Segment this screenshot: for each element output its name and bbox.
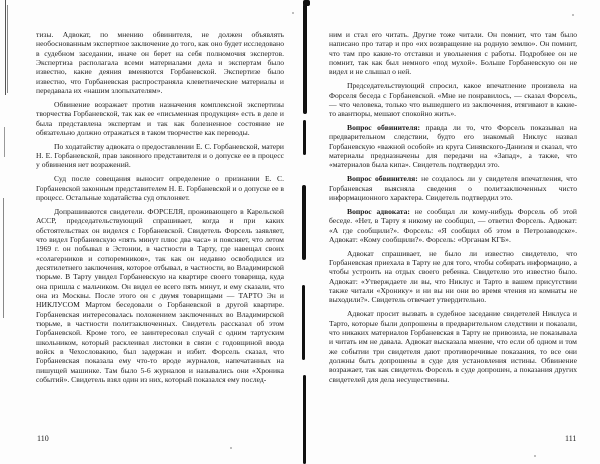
paragraph: Председательствующий спросил, какое впеч…: [329, 81, 577, 118]
paragraph: тизы. Адвокат, по мнению обвинителя, не …: [36, 30, 284, 95]
spine-shadow-segment: [302, 285, 305, 360]
speaker-label: Вопрос обвинителя:: [347, 174, 418, 183]
question-paragraph: Вопрос обвинителя: не создалось ли у сви…: [329, 174, 577, 202]
spine-shadow-segment: [302, 185, 306, 260]
scan-edge-artifact: [3, 198, 4, 318]
scan-speck: [292, 12, 294, 14]
scan-edge-artifact: [5, 0, 6, 95]
paragraph: По ходатайству адвоката о предоставлении…: [36, 142, 284, 170]
scan-speck: [534, 455, 536, 457]
page-number: 111: [565, 434, 576, 443]
page-number: 110: [37, 434, 49, 443]
spine-shadow-segment: [303, 120, 306, 155]
paragraph: ним и стал его читать. Другие тоже читал…: [329, 30, 577, 77]
left-page: тизы. Адвокат, по мнению обвинителя, не …: [0, 0, 300, 464]
scan-edge-artifact: [7, 5, 8, 93]
scan-speck: [572, 14, 574, 16]
question-paragraph: Вопрос обвинителя: правда ли то, что Фор…: [329, 123, 577, 170]
spine-shadow-segment: [303, 4, 307, 114]
right-page-text: ним и стал его читать. Другие тоже читал…: [329, 30, 577, 389]
book-spine-shadow: [302, 0, 308, 464]
paragraph: Адвокат просит вызвать в судебное заседа…: [329, 309, 577, 384]
speaker-label: Вопрос обвинителя:: [347, 123, 420, 132]
paragraph: Суд после совещания выносит определение …: [36, 174, 284, 202]
speaker-label: Вопрос адвоката:: [347, 207, 410, 216]
paragraph: Обвинение возражает против назначения ко…: [36, 100, 284, 137]
spine-shadow-segment: [303, 375, 306, 464]
scan-edge-artifact: [4, 127, 5, 157]
paragraph: Допрашиваются свидетели. ФОРСЕЛЯ, прожив…: [36, 207, 284, 385]
scan-speck: [230, 447, 232, 449]
book-spread: тизы. Адвокат, по мнению обвинителя, не …: [0, 0, 600, 464]
right-page: ним и стал его читать. Другие тоже читал…: [300, 0, 600, 464]
paragraph: Адвокат спрашивает, не было ли известно …: [329, 249, 577, 305]
question-paragraph: Вопрос адвоката: не сообщал ли кому-нибу…: [329, 207, 577, 244]
left-page-text: тизы. Адвокат, по мнению обвинителя, не …: [36, 30, 284, 389]
